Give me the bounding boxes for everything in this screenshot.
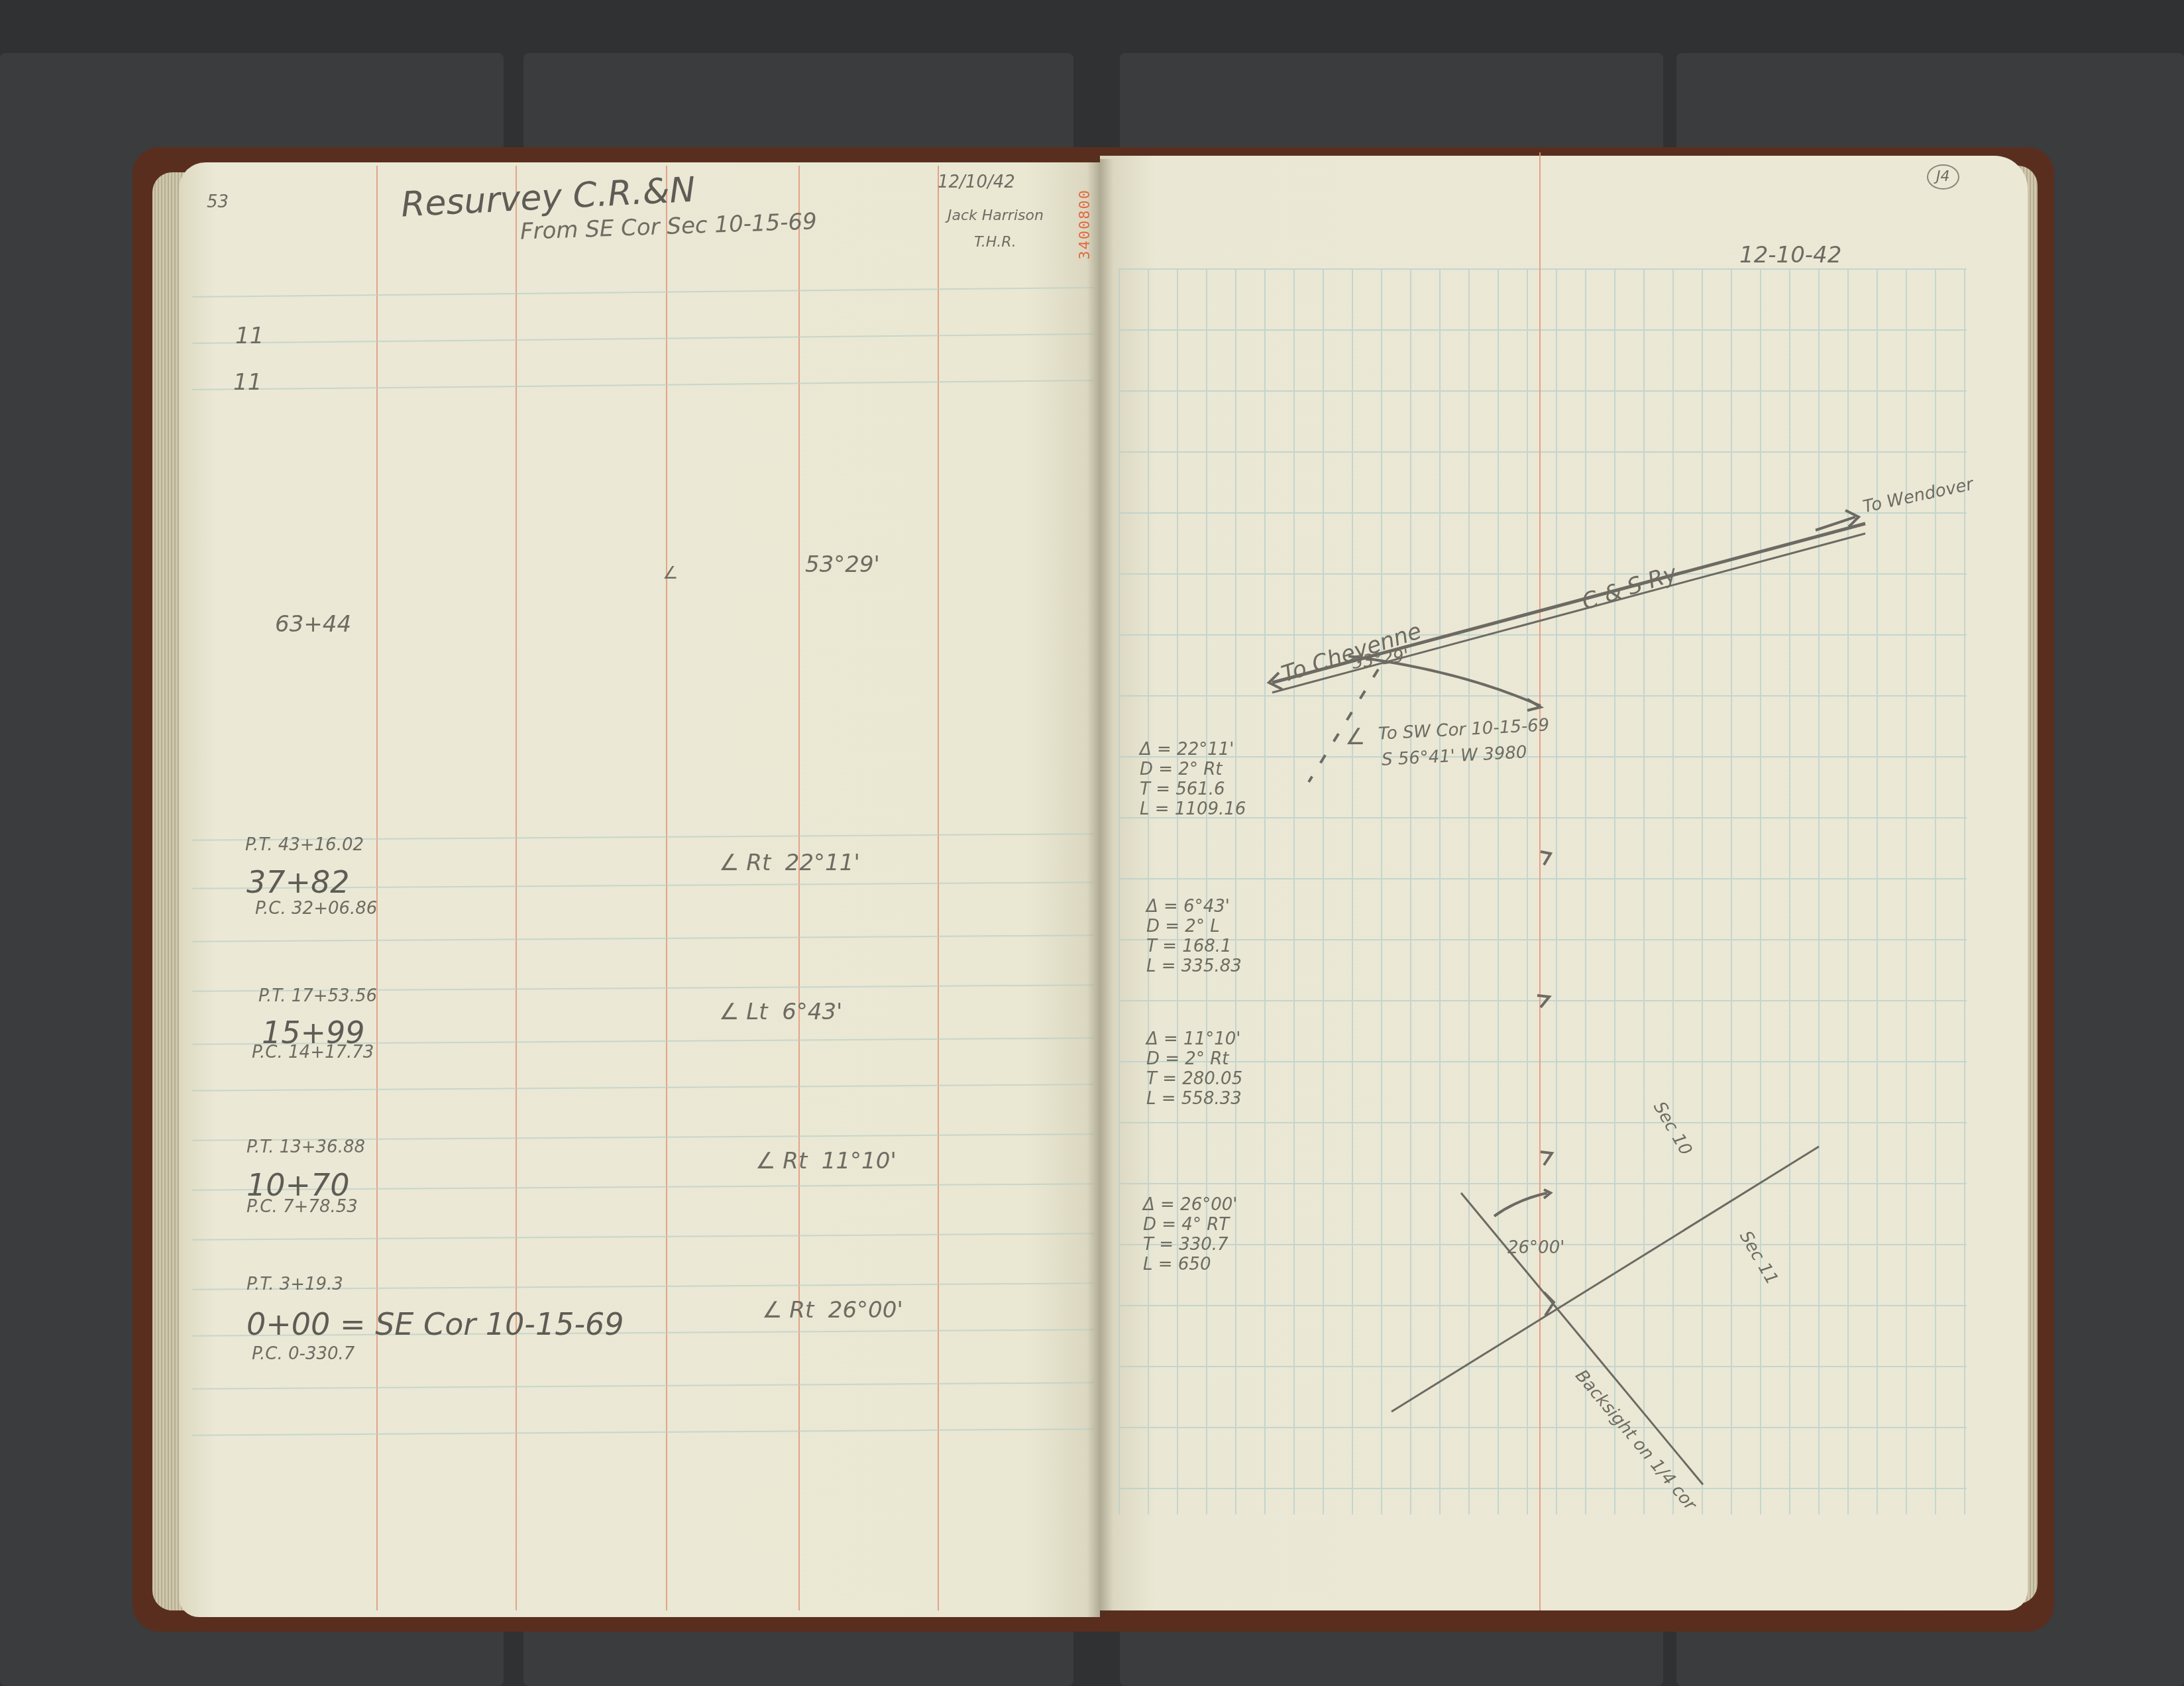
book-spine [1087,159,1113,1617]
curve-length: L = 650 [1143,1256,1237,1273]
label-angle-prefix: ∠ [1345,726,1365,748]
curve-data-2: Δ = 6°43' D = 2° L T = 168.1 L = 335.83 [1146,898,1242,978]
curve-degree: D = 2° L [1146,918,1242,935]
curve-tangent: T = 330.7 [1143,1236,1237,1253]
curve-tangent: T = 280.05 [1146,1070,1242,1088]
curve-delta: Δ = 6°43' [1146,898,1242,915]
curve-length: L = 1109.16 [1140,801,1246,818]
curve-degree: D = 2° Rt [1146,1050,1242,1068]
label-angle-bottom: 26°00' [1507,1239,1564,1257]
curve-data-1: Δ = 22°11' D = 2° Rt T = 561.6 L = 1109.… [1140,741,1246,820]
curve-data-4: Δ = 26°00' D = 4° RT T = 330.7 L = 650 [1143,1196,1237,1276]
curve-length: L = 335.83 [1146,958,1242,975]
curve-degree: D = 4° RT [1143,1216,1237,1233]
curve-tangent: T = 168.1 [1146,938,1242,955]
curve-delta: Δ = 22°11' [1140,741,1246,758]
curve-degree: D = 2° Rt [1140,761,1246,778]
curve-length: L = 558.33 [1146,1090,1242,1107]
curve-delta: Δ = 26°00' [1143,1196,1237,1213]
curve-data-3: Δ = 11°10' D = 2° Rt T = 280.05 L = 558.… [1146,1031,1242,1110]
curve-tangent: T = 561.6 [1140,781,1246,798]
curve-delta: Δ = 11°10' [1146,1031,1242,1048]
